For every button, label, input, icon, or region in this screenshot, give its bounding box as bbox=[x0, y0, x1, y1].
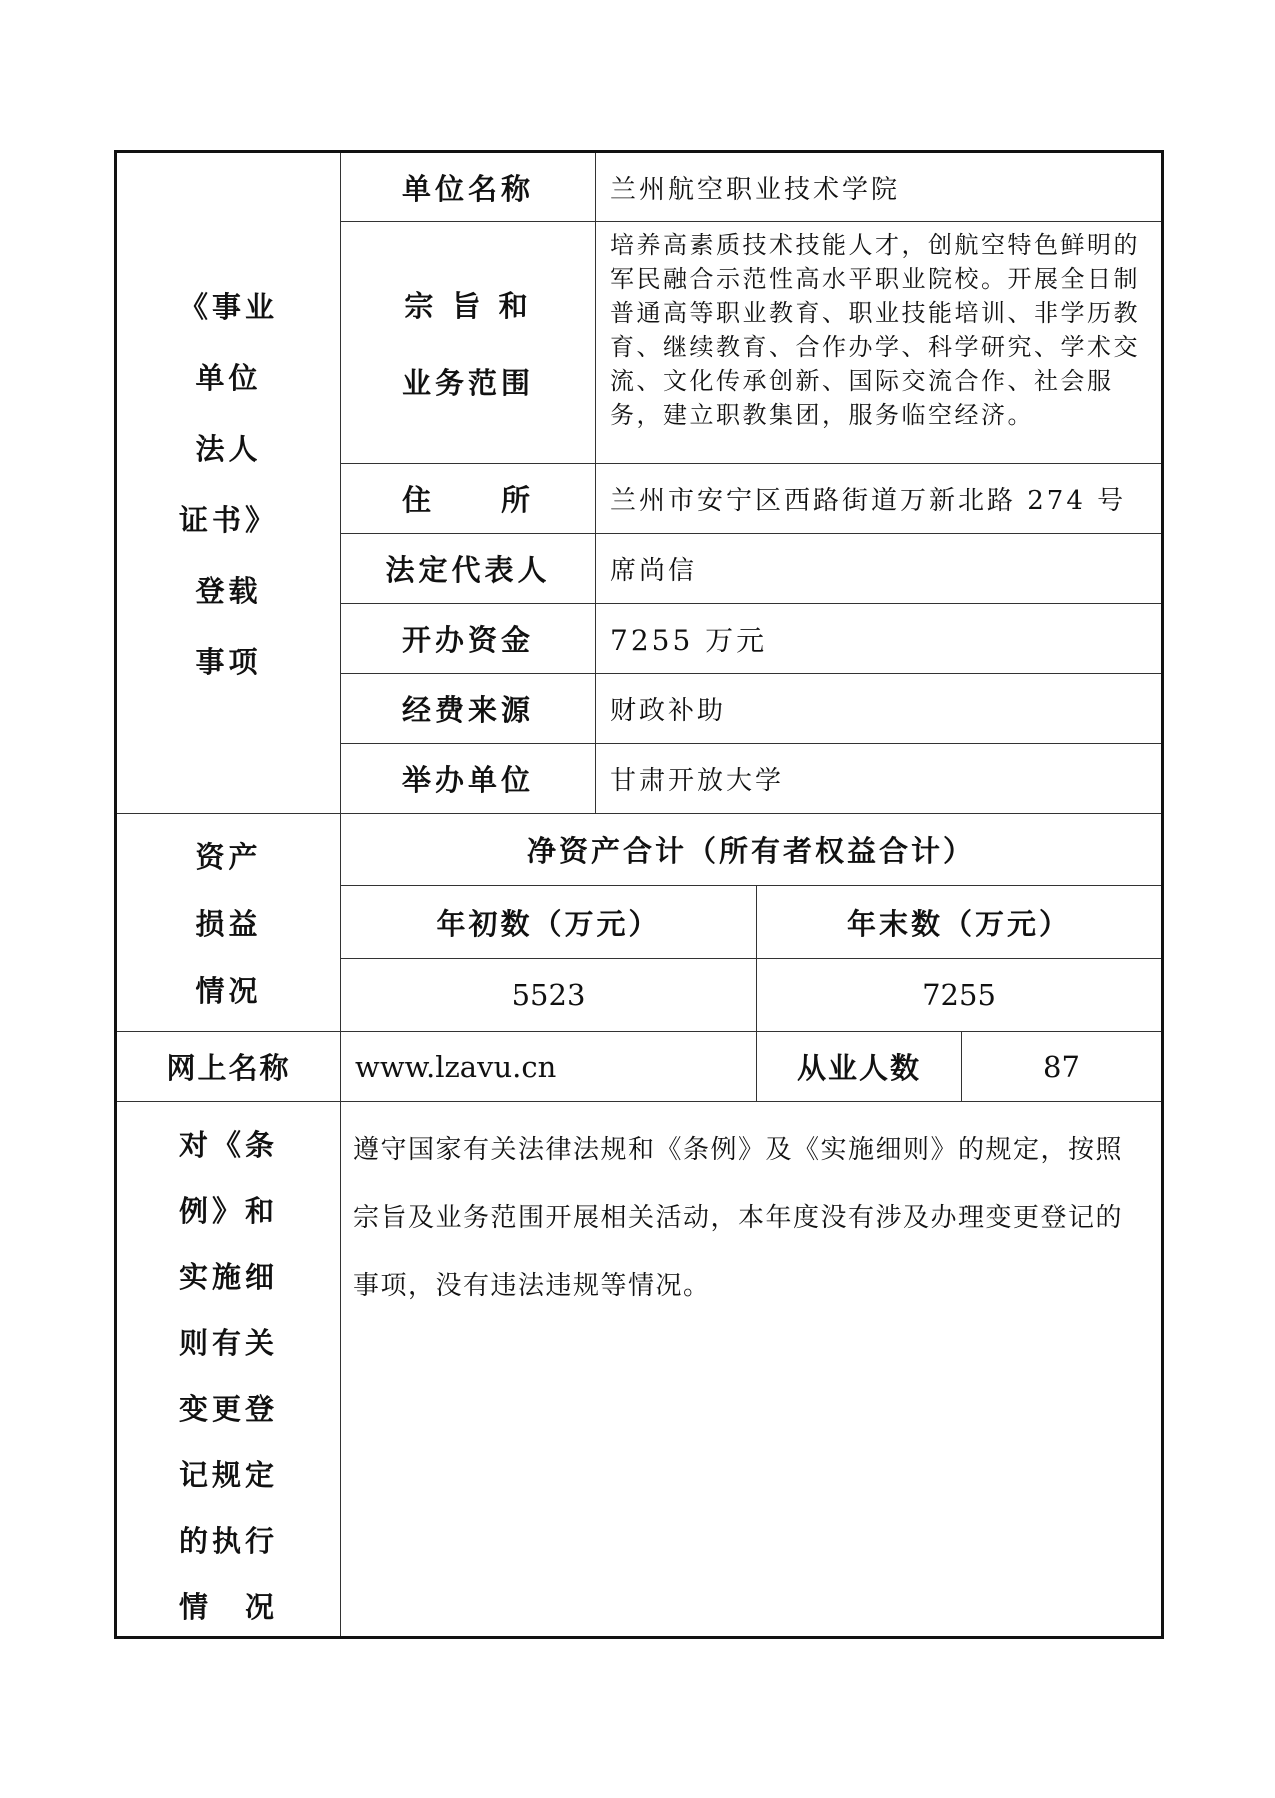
unit-name-value: 兰州航空职业技术学院 bbox=[595, 153, 1161, 221]
start-of-year-header: 年初数（万元） bbox=[340, 885, 756, 958]
compliance-text: 遵守国家有关法律法规和《条例》及《实施细则》的规定，按照宗旨及业务范围开展相关活… bbox=[340, 1101, 1161, 1636]
mission-label: 宗 旨 和 业务范围 bbox=[340, 221, 595, 463]
unit-name-label: 单位名称 bbox=[340, 153, 595, 221]
online-name-label: 网上名称 bbox=[117, 1031, 340, 1101]
funding-source-value: 财政补助 bbox=[595, 673, 1161, 743]
sponsor-label: 举办单位 bbox=[340, 743, 595, 813]
sponsor-value: 甘肃开放大学 bbox=[595, 743, 1161, 813]
address-label: 住 所 bbox=[340, 463, 595, 533]
staff-count-label: 从业人数 bbox=[756, 1031, 961, 1101]
end-of-year-value: 7255 bbox=[756, 958, 1161, 1031]
registration-section-label: 《事业 单位 法人 证书》 登载 事项 bbox=[117, 153, 340, 813]
staff-count-value: 87 bbox=[961, 1031, 1161, 1101]
start-of-year-value: 5523 bbox=[340, 958, 756, 1031]
capital-value: 7255 万元 bbox=[595, 603, 1161, 673]
online-name-value: www.lzavu.cn bbox=[340, 1031, 756, 1101]
assets-section-label: 资产 损益 情况 bbox=[117, 813, 340, 1031]
address-value: 兰州市安宁区西路街道万新北路 274 号 bbox=[595, 463, 1161, 533]
legal-representative-value: 席尚信 bbox=[595, 533, 1161, 603]
annual-report-table: 《事业 单位 法人 证书》 登载 事项 单位名称 兰州航空职业技术学院 宗 旨 … bbox=[114, 150, 1164, 1639]
capital-label: 开办资金 bbox=[340, 603, 595, 673]
compliance-section-label: 对《条 例》和 实施细 则有关 变更登 记规定 的执行 情 况 bbox=[117, 1101, 340, 1636]
legal-representative-label: 法定代表人 bbox=[340, 533, 595, 603]
funding-source-label: 经费来源 bbox=[340, 673, 595, 743]
net-assets-header: 净资产合计（所有者权益合计） bbox=[340, 813, 1161, 885]
end-of-year-header: 年末数（万元） bbox=[756, 885, 1161, 958]
mission-value: 培养高素质技术技能人才，创航空特色鲜明的军民融合示范性高水平职业院校。开展全日制… bbox=[595, 221, 1161, 463]
